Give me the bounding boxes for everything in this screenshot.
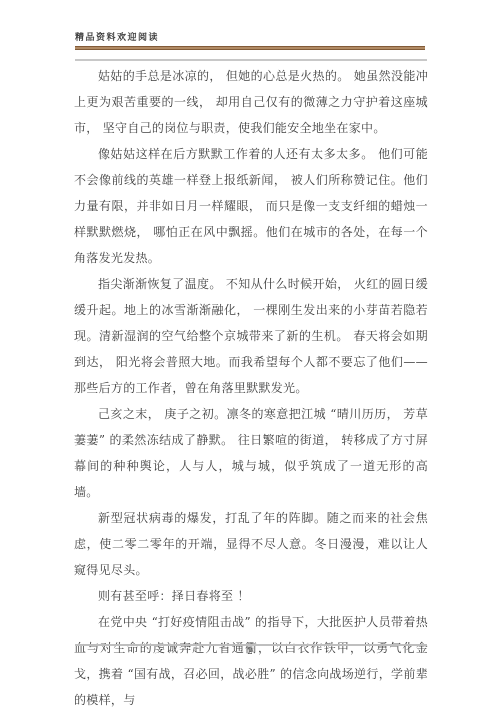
page-number: 2	[0, 647, 500, 657]
document-body: 姑姑的手总是冰凉的， 但她的心总是火热的。 她虽然没能冲上更为艰苦重要的一线， …	[74, 63, 428, 708]
footer-divider-line	[75, 644, 427, 646]
paragraph: 己亥之末， 庚子之初。凛冬的寒意把江城 “晴川历历， 芳草萋萋” 的柔然冻结成了…	[74, 401, 428, 505]
paragraph: 指尖渐渐恢复了温度。 不知从什么时候开始， 火红的圆日缓缓升起。地上的冰雪渐渐融…	[74, 271, 428, 401]
paragraph: 在党中央 “打好疫情阻击战” 的指导下，大批医护人员带着热血与对生命的虔诚奔赴九…	[74, 609, 428, 708]
header-accent-line	[75, 46, 425, 50]
header-divider-line	[75, 59, 427, 61]
paragraph: 新型冠状病毒的爆发，打乱了年的阵脚。随之而来的社会焦虑，使二零二零年的开端，显得…	[74, 505, 428, 583]
paragraph: 姑姑的手总是冰凉的， 但她的心总是火热的。 她虽然没能冲上更为艰苦重要的一线， …	[74, 63, 428, 141]
paragraph: 则有甚至呼：择日春将至 ！	[74, 583, 428, 609]
header-label: 精品资料欢迎阅读	[75, 30, 159, 43]
document-page: 精品资料欢迎阅读 姑姑的手总是冰凉的， 但她的心总是火热的。 她虽然没能冲上更为…	[0, 0, 500, 708]
paragraph: 像姑姑这样在后方默默工作着的人还有太多太多。 他们可能不会像前线的英雄一样登上报…	[74, 141, 428, 271]
